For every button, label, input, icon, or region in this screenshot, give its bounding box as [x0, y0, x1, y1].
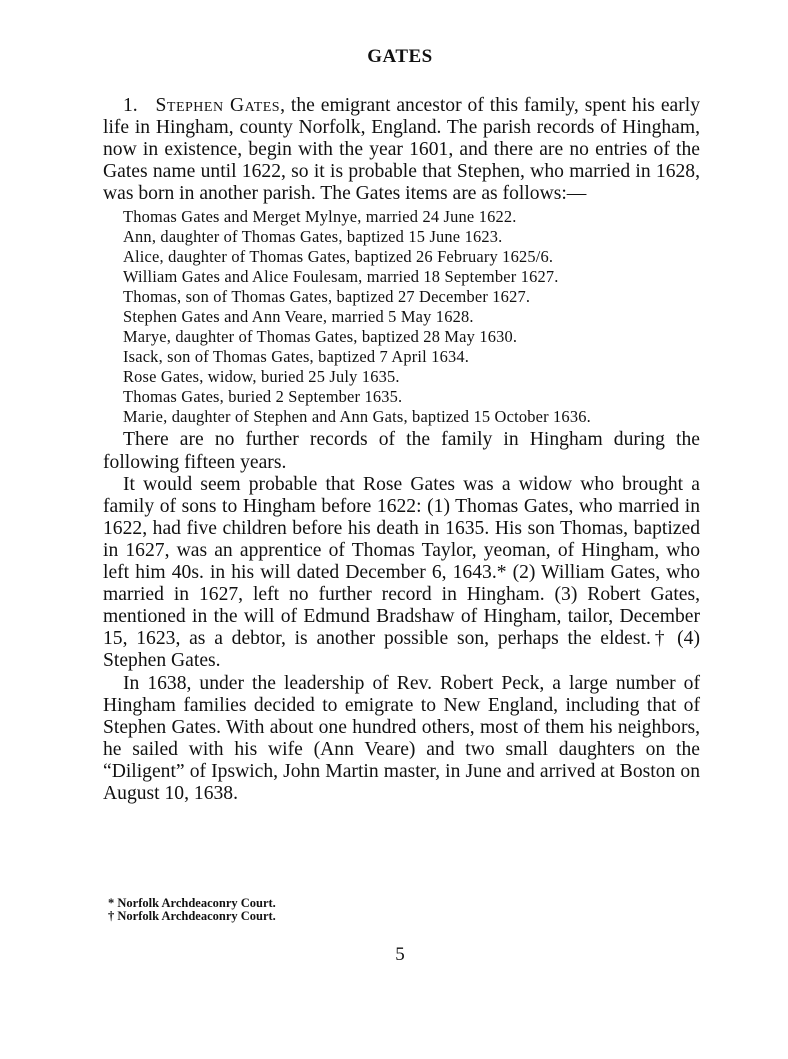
record-item: Thomas Gates and Merget Mylnye, married …: [103, 207, 700, 227]
body-paragraph: In 1638, under the leadership of Rev. Ro…: [103, 673, 700, 806]
record-item: Alice, daughter of Thomas Gates, baptize…: [103, 247, 700, 267]
document-page: GATES 1. Stephen Gates, the emigrant anc…: [0, 0, 788, 1059]
main-text: 1. Stephen Gates, the emigrant ancestor …: [103, 95, 700, 805]
entry-number: 1.: [123, 95, 138, 116]
record-item: Marye, daughter of Thomas Gates, baptize…: [103, 327, 700, 347]
footnotes: * Norfolk Archdeaconry Court. † Norfolk …: [108, 897, 276, 923]
footnote: † Norfolk Archdeaconry Court.: [108, 910, 276, 923]
body-paragraph: There are no further records of the fami…: [103, 429, 700, 473]
record-item: Stephen Gates and Ann Veare, married 5 M…: [103, 307, 700, 327]
record-item: Rose Gates, widow, buried 25 July 1635.: [103, 367, 700, 387]
record-item: Marie, daughter of Stephen and Ann Gats,…: [103, 407, 700, 427]
body-paragraph: It would seem probable that Rose Gates w…: [103, 474, 700, 673]
intro-paragraph: 1. Stephen Gates, the emigrant ancestor …: [103, 95, 700, 205]
record-item: Ann, daughter of Thomas Gates, baptized …: [103, 227, 700, 247]
parish-records-list: Thomas Gates and Merget Mylnye, married …: [103, 207, 700, 427]
record-item: Thomas Gates, buried 2 September 1635.: [103, 387, 700, 407]
record-item: William Gates and Alice Foulesam, marrie…: [103, 267, 700, 287]
page-title: GATES: [0, 46, 788, 68]
person-name: Stephen Gates: [156, 95, 281, 116]
page-number: 5: [0, 944, 788, 966]
record-item: Isack, son of Thomas Gates, baptized 7 A…: [103, 347, 700, 367]
record-item: Thomas, son of Thomas Gates, baptized 27…: [103, 287, 700, 307]
